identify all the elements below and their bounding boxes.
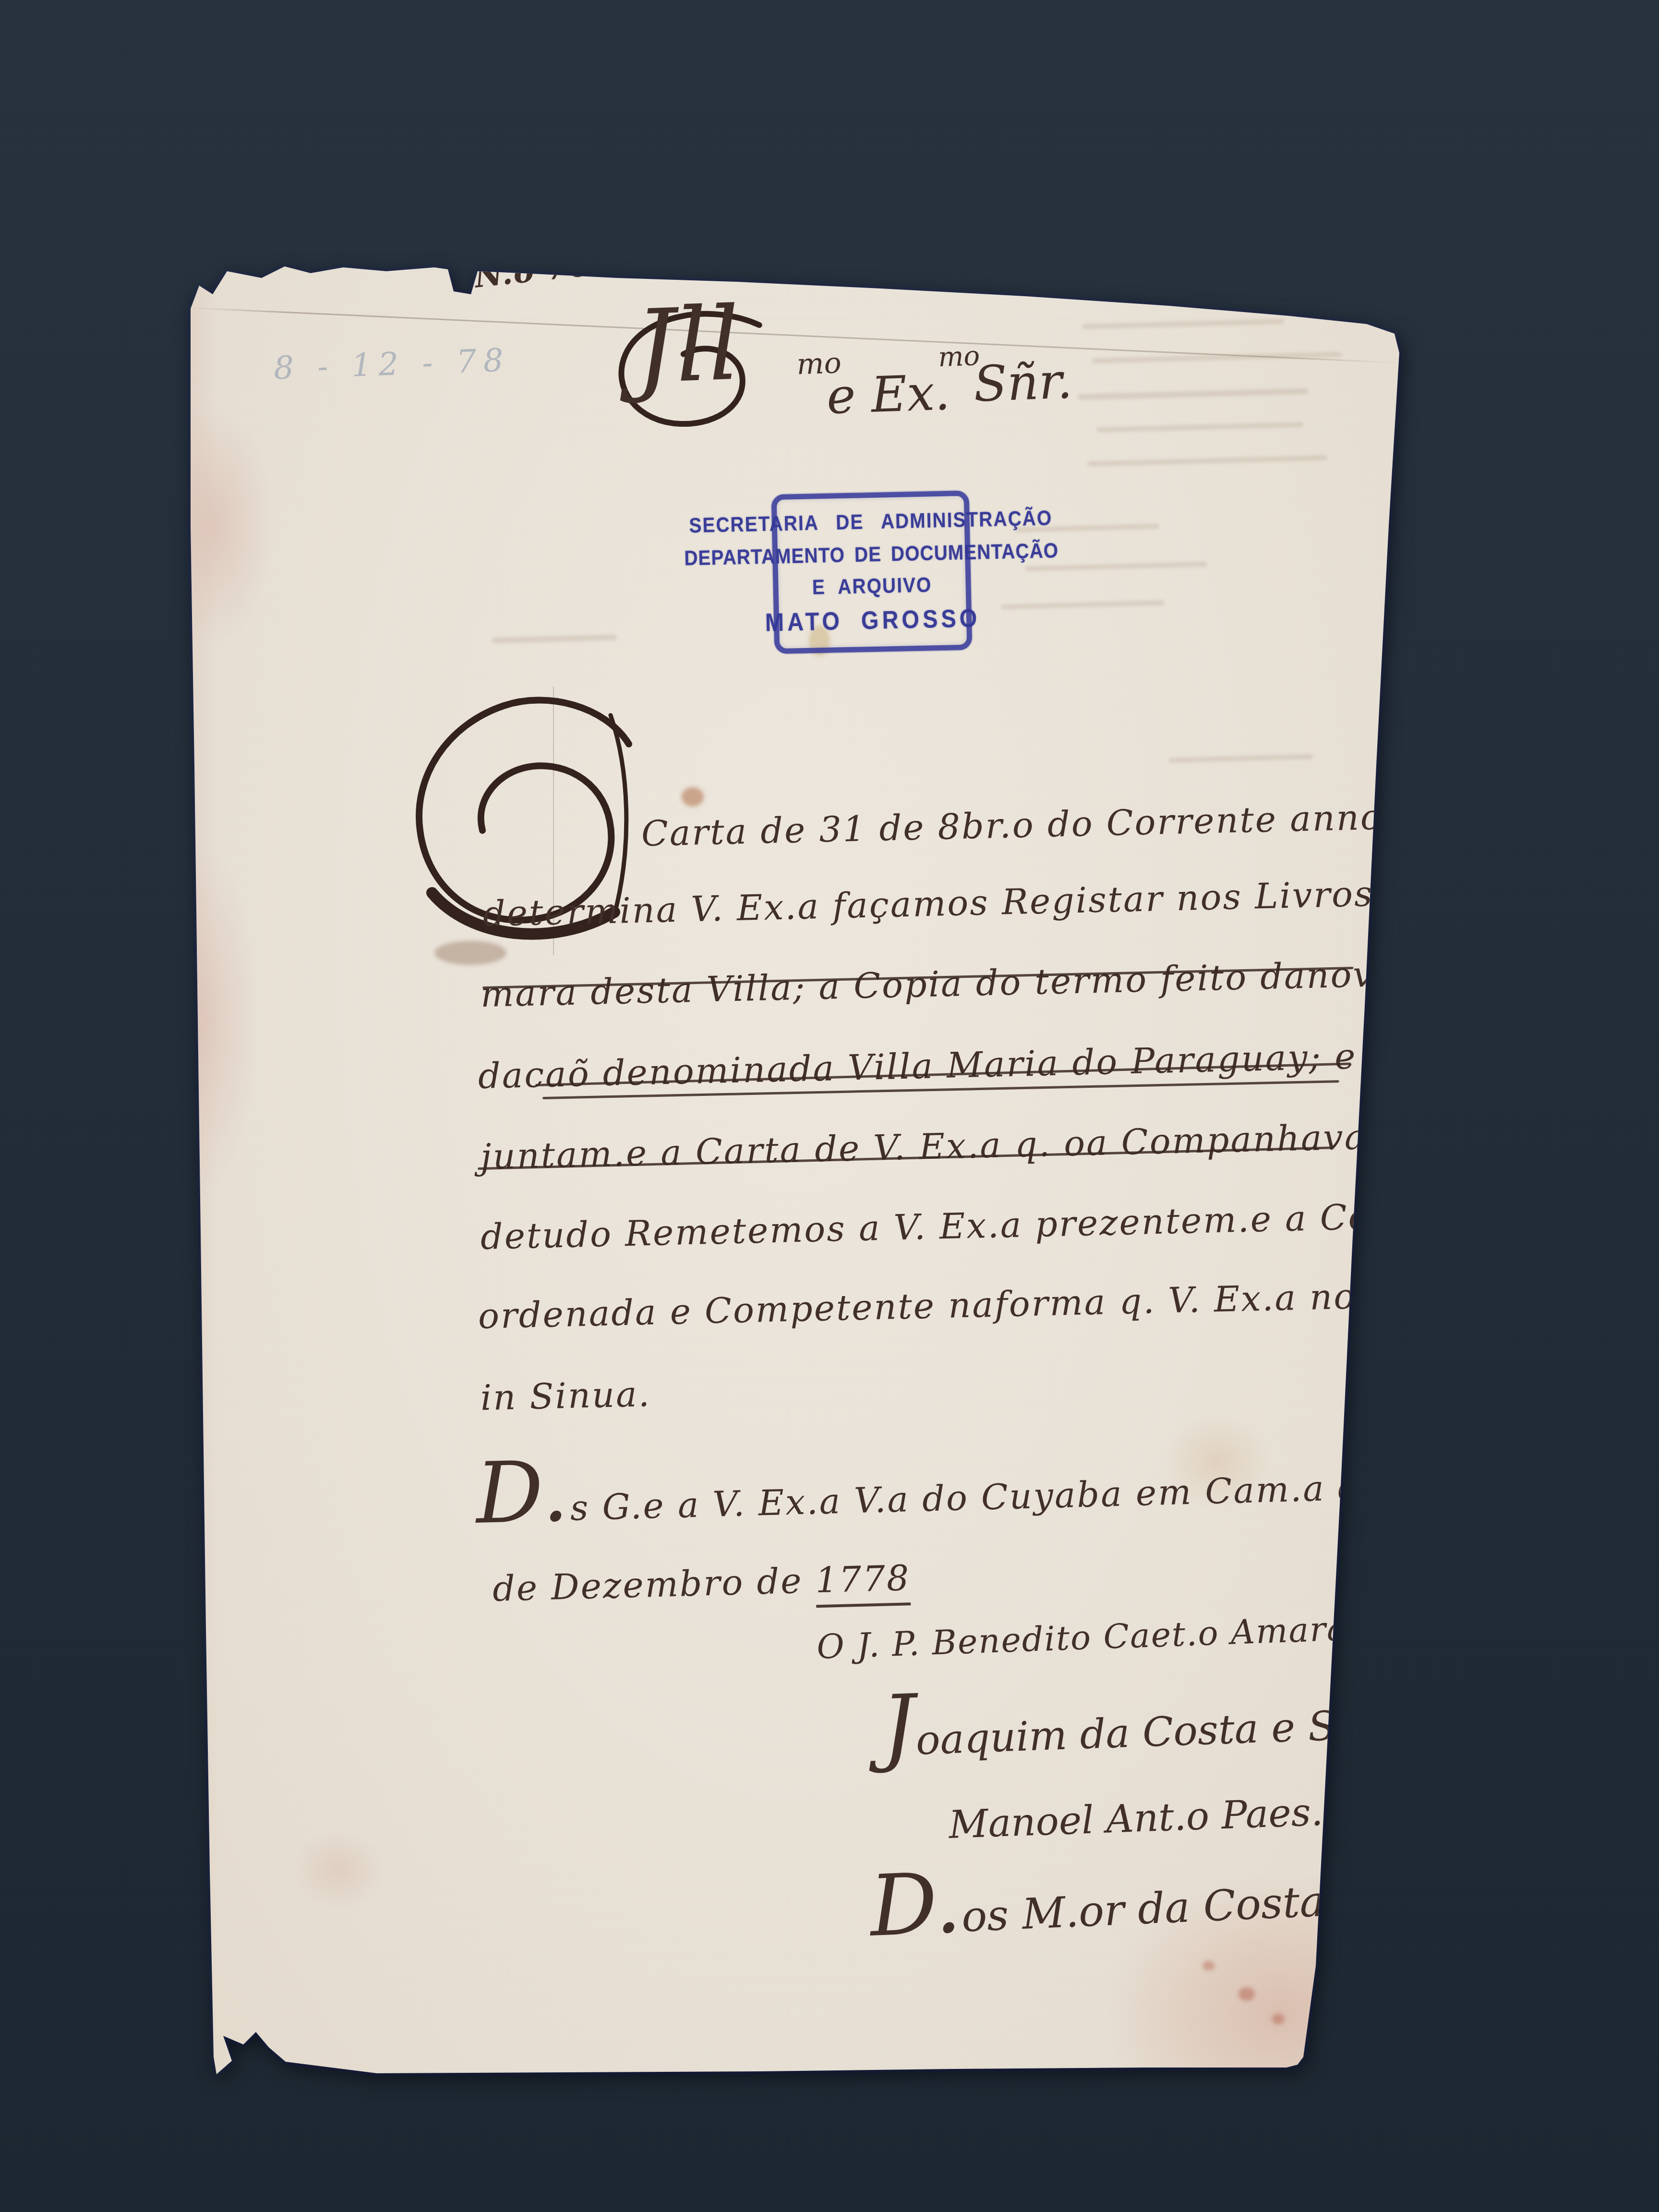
pencil-date-note: 8 - 12 - 78 — [273, 341, 511, 386]
salutation-honorific: Sñr. — [973, 352, 1073, 413]
ink-showthrough — [492, 635, 617, 644]
closing-line-1: D.s G.e a V. Ex.a V.a do Cuyaba em Cam.a… — [475, 1444, 1421, 1531]
ink-showthrough — [1169, 754, 1313, 763]
ink-showthrough — [1087, 455, 1327, 466]
paper-stain — [1238, 1987, 1255, 2001]
document-paper-wrapper: N.o 76. 8 - 12 - 78 Jll mo e Ex. mo Sñr.… — [185, 238, 1407, 2086]
body-line-1: Carta de 31 de 8br.o do Corrente anno, n… — [641, 795, 1474, 854]
body-line-6: detudo Remetemos a V. Ex.a prezentem.e a… — [480, 1194, 1486, 1257]
signature-4: D.os M.or da Costa Lop.s — [869, 1856, 1455, 1946]
body-line-7: ordenada e Competente naforma q. V. Ex.a… — [478, 1275, 1419, 1337]
ink-showthrough — [1001, 601, 1164, 610]
paper-stain — [682, 787, 704, 806]
ink-showthrough — [1025, 562, 1207, 571]
paper-stain — [1202, 1961, 1215, 1971]
document-paper: N.o 76. 8 - 12 - 78 Jll mo e Ex. mo Sñr.… — [185, 238, 1407, 2086]
salutation: Jll mo e Ex. mo Sñr. — [604, 275, 1248, 460]
stamp-line-1: SECRETARIA DE ADMINISTRAÇÃO — [689, 506, 1053, 538]
signature-2: Joaquim da Costa e Syqr.a — [881, 1683, 1437, 1765]
closing-date-prefix: de Dezembro de — [492, 1560, 816, 1610]
photo-background: { "annotations": { "doc_number": "N.o 76… — [0, 0, 1659, 2212]
stamp-line-4: MATO GROSSO — [765, 602, 981, 637]
closing-line-2: de Dezembro de 1778 — [492, 1558, 911, 1610]
stamp-line-2: DEPARTAMENTO DE DOCUMENTAÇÃO — [684, 539, 1059, 571]
salutation-middle: e Ex. — [826, 364, 951, 425]
body-line-5: juntam.e a Carta de V. Ex.a q. oa Compan… — [480, 1115, 1430, 1178]
closing-year: 1778 — [815, 1558, 911, 1608]
signature-1: O J. P. Benedito Caet.o Amaral Just.e — [816, 1604, 1474, 1667]
signature-3: Manoel Ant.o Paes. — [948, 1790, 1324, 1847]
archive-stamp: SECRETARIA DE ADMINISTRAÇÃO DEPARTAMENTO… — [771, 491, 973, 654]
body-line-8: in Sinua. — [480, 1374, 651, 1419]
stamp-line-3: E ARQUIVO — [812, 573, 932, 599]
salutation-initial: Jll — [633, 285, 742, 406]
doc-number: N.o 76. — [473, 246, 604, 295]
paper-stain — [1272, 2014, 1285, 2024]
